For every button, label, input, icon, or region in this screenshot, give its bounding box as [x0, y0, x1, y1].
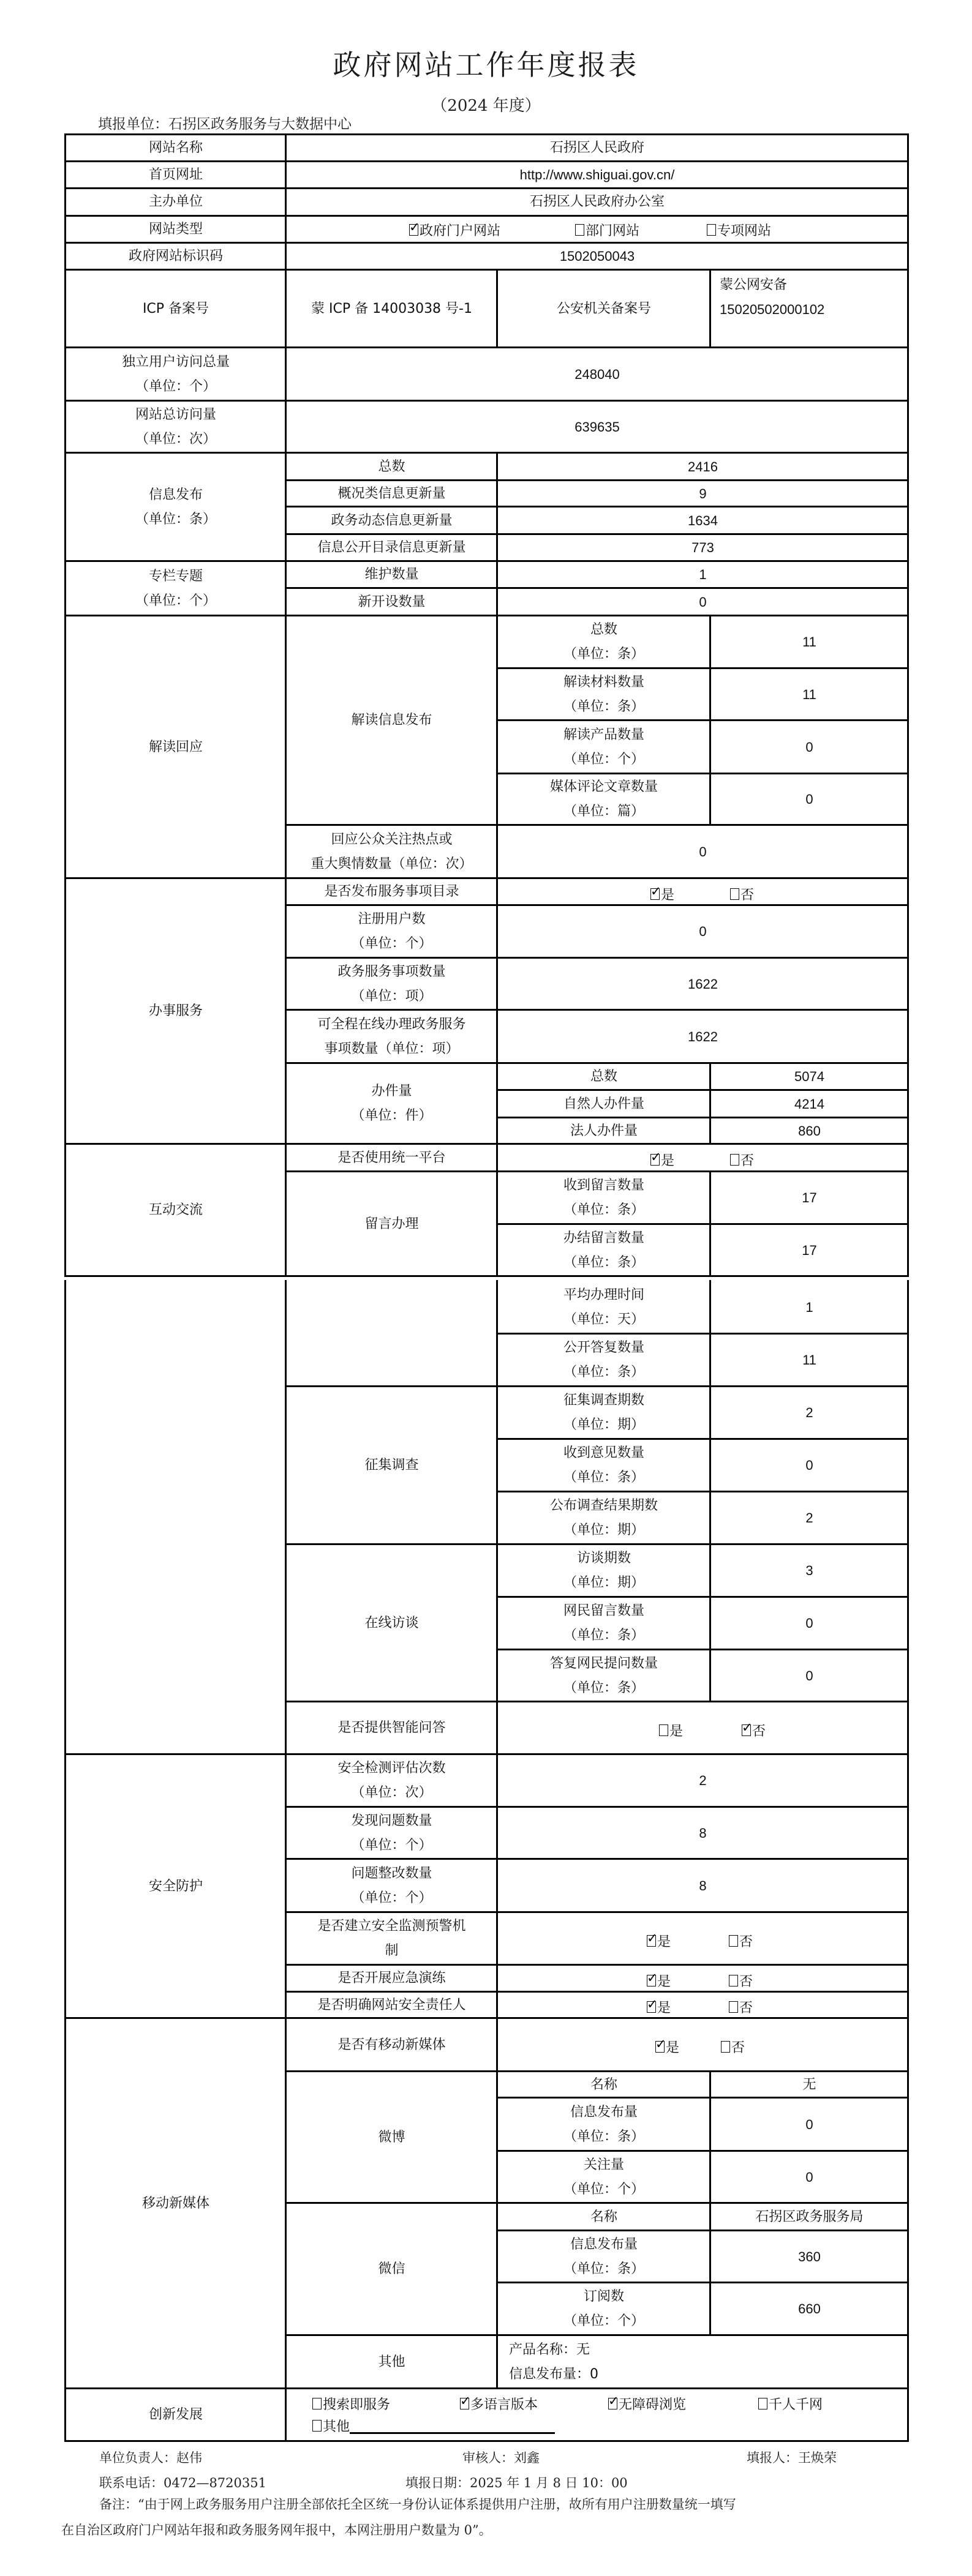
wechat-subscribers-value: 660	[711, 2283, 908, 2335]
checkbox-empty-icon	[730, 1154, 739, 1166]
checkbox-checked-icon	[647, 1975, 656, 1986]
emergency-drill-yes-checkbox[interactable]: 是	[647, 1971, 671, 1990]
site-type-department-checkbox[interactable]: 部门网站	[575, 220, 639, 239]
interview-messages-value: 0	[711, 1598, 908, 1649]
smart-qa-label: 是否提供智能问答	[287, 1702, 497, 1754]
innovation-other-checkbox[interactable]: 其他	[312, 2416, 555, 2435]
service-catalog-no-checkbox[interactable]: 否	[730, 885, 754, 904]
security-assess-value: 2	[498, 1755, 908, 1807]
checkbox-empty-icon	[707, 224, 716, 236]
service-catalog-label: 是否发布服务事项目录	[287, 879, 497, 905]
info-total-value: 2416	[498, 454, 908, 480]
monitoring-no-checkbox[interactable]: 否	[729, 1931, 753, 1950]
services-label: 办事服务	[66, 879, 285, 1144]
cases-label: 办件量（单位：件）	[287, 1064, 497, 1144]
interview-replies-value: 0	[711, 1650, 908, 1701]
hotspot-response-value: 0	[498, 826, 908, 878]
service-items-label: 政务服务事项数量（单位：项）	[287, 959, 497, 1009]
unique-visitors-value: 248040	[287, 348, 908, 400]
monitoring-yes-checkbox[interactable]: 是	[647, 1931, 671, 1950]
reporting-unit: 填报单位：石拐区政务服务与大数据中心	[98, 113, 352, 133]
wechat-subscribers-label: 订阅数（单位：个）	[498, 2283, 710, 2335]
checkbox-checked-icon	[742, 1724, 751, 1736]
avg-handling-time-label: 平均办理时间（单位：天）	[498, 1281, 710, 1333]
info-overview-label: 概况类信息更新量	[287, 481, 497, 506]
checkbox-checked-icon	[655, 2041, 665, 2053]
online-items-value: 1622	[498, 1011, 908, 1063]
monitoring-label: 是否建立安全监测预警机制	[287, 1913, 497, 1964]
messages-closed-label: 办结留言数量（单位：条）	[498, 1225, 710, 1276]
wechat-posts-value: 360	[711, 2231, 908, 2282]
issues-fixed-value: 8	[498, 1860, 908, 1912]
unified-platform-yes-checkbox[interactable]: 是	[650, 1150, 674, 1169]
interp-total-value: 11	[711, 616, 908, 668]
icp-value: 蒙 ICP 备 14003038 号-1	[287, 271, 497, 347]
police-record-label: 公安机关备案号	[498, 271, 710, 347]
info-news-value: 1634	[498, 507, 908, 534]
checkbox-empty-icon	[729, 1975, 738, 1986]
unit-leader: 单位负责人：赵伟	[99, 2448, 202, 2466]
innovation-search-checkbox[interactable]: 搜索即服务	[312, 2394, 390, 2413]
page-title: 政府网站工作年度报表	[0, 43, 972, 83]
survey-results-value: 2	[711, 1492, 908, 1544]
survey-opinions-value: 0	[711, 1440, 908, 1491]
columns-label: 专栏专题（单位：个）	[66, 562, 285, 615]
has-mobile-media-label: 是否有移动新媒体	[287, 2019, 497, 2071]
cases-legal-label: 法人办件量	[498, 1118, 710, 1144]
interp-media-value: 0	[711, 774, 908, 825]
innovation-other-input[interactable]	[350, 2417, 555, 2434]
fill-date: 填报日期：2025 年 1 月 8 日 10：00	[405, 2473, 628, 2492]
site-type-label: 网站类型	[66, 217, 285, 242]
checkbox-empty-icon	[659, 1724, 668, 1736]
security-owner-label: 是否明确网站安全责任人	[287, 1993, 497, 2018]
public-replies-value: 11	[711, 1335, 908, 1386]
service-catalog-yes-checkbox[interactable]: 是	[650, 885, 674, 904]
survey-opinions-label: 收到意见数量（单位：条）	[498, 1440, 710, 1491]
hotspot-response-label: 回应公众关注热点或重大舆情数量（单位：次）	[287, 826, 497, 878]
site-id-label: 政府网站标识码	[66, 244, 285, 269]
note-line-2: 在自治区政府门户网站年报和政务服务网年报中，本网注册用户数量为 0”。	[61, 2520, 492, 2539]
contact-phone: 联系电话：0472—8720351	[99, 2473, 266, 2492]
checkbox-checked-icon	[409, 224, 418, 236]
homepage-link[interactable]: http://www.shiguai.gov.cn/	[287, 162, 908, 188]
has-mobile-media-no-checkbox[interactable]: 否	[721, 2037, 745, 2056]
weibo-followers-label: 关注量（单位：个）	[498, 2152, 710, 2203]
innovation-accessibility-checkbox[interactable]: 无障碍浏览	[608, 2394, 686, 2413]
security-assess-label: 安全检测评估次数（单位：次）	[287, 1755, 497, 1807]
interpretation-publish-label: 解读信息发布	[287, 616, 497, 825]
site-type-special-checkbox[interactable]: 专项网站	[707, 220, 771, 239]
cases-natural-label: 自然人办件量	[498, 1091, 710, 1117]
interaction-label: 互动交流	[66, 1145, 285, 1276]
registered-users-label: 注册用户数（单位：个）	[287, 906, 497, 957]
mobile-media-label: 移动新媒体	[66, 2019, 285, 2388]
total-visits-label: 网站总访问量（单位：次）	[66, 402, 285, 452]
cases-total-label: 总数	[498, 1064, 710, 1090]
filler: 填报人：王焕荣	[747, 2448, 837, 2466]
checkbox-empty-icon	[729, 1935, 738, 1947]
security-owner-yes-checkbox[interactable]: 是	[647, 1998, 671, 2016]
info-disclosure-value: 773	[498, 535, 908, 561]
weibo-posts-label: 信息发布量（单位：条）	[498, 2099, 710, 2151]
checkbox-checked-icon	[650, 888, 660, 900]
emergency-drill-label: 是否开展应急演练	[287, 1966, 497, 1991]
online-interview-label: 在线访谈	[287, 1545, 497, 1701]
cases-natural-value: 4214	[711, 1091, 908, 1117]
has-mobile-media-options: 是 否	[655, 2019, 778, 2071]
unified-platform-no-checkbox[interactable]: 否	[730, 1150, 754, 1169]
smart-qa-no-checkbox[interactable]: 否	[742, 1721, 766, 1740]
checkbox-checked-icon	[460, 2398, 469, 2409]
interview-messages-label: 网民留言数量（单位：条）	[498, 1598, 710, 1649]
icp-label: ICP 备案号	[66, 271, 285, 347]
unified-platform-options: 是 否	[650, 1145, 773, 1171]
innovation-label: 创新发展	[66, 2389, 285, 2441]
info-publish-label: 信息发布（单位：条）	[66, 454, 285, 561]
public-replies-label: 公开答复数量（单位：条）	[498, 1335, 710, 1386]
checkbox-checked-icon	[647, 2001, 656, 2013]
emergency-drill-no-checkbox[interactable]: 否	[729, 1971, 753, 1990]
info-disclosure-label: 信息公开目录信息更新量	[287, 535, 497, 561]
interp-products-value: 0	[711, 721, 908, 773]
emergency-drill-options: 是 否	[647, 1966, 769, 1991]
checkbox-empty-icon	[730, 888, 739, 900]
note-line-1: 备注：“由于网上政务服务用户注册全部依托全区统一身份认证体系提供用户注册，故所有…	[99, 2495, 736, 2513]
has-mobile-media-yes-checkbox[interactable]: 是	[655, 2037, 679, 2056]
checkbox-empty-icon	[721, 2041, 730, 2053]
security-owner-no-checkbox[interactable]: 否	[729, 1998, 753, 2016]
interview-replies-label: 答复网民提问数量（单位：条）	[498, 1650, 710, 1701]
survey-results-label: 公布调查结果期数（单位：期）	[498, 1492, 710, 1544]
security-owner-options: 是 否	[647, 1993, 769, 2018]
interp-products-label: 解读产品数量（单位：个）	[498, 721, 710, 773]
police-record-value: 蒙公网安备15020502000102	[711, 273, 908, 322]
issues-fixed-label: 问题整改数量（单位：个）	[287, 1860, 497, 1912]
messages-closed-value: 17	[711, 1225, 908, 1276]
sponsor-value: 石拐区人民政府办公室	[287, 189, 908, 215]
issues-found-label: 发现问题数量（单位：个）	[287, 1808, 497, 1859]
site-name-label: 网站名称	[66, 135, 285, 161]
wechat-posts-label: 信息发布量（单位：条）	[498, 2231, 710, 2282]
columns-maintained-value: 1	[498, 562, 908, 588]
homepage-label: 首页网址	[66, 162, 285, 188]
checkbox-checked-icon	[650, 1154, 660, 1166]
smart-qa-yes-checkbox[interactable]: 是	[659, 1721, 683, 1740]
columns-new-value: 0	[498, 589, 908, 615]
weibo-name-value: 无	[711, 2072, 908, 2097]
info-news-label: 政务动态信息更新量	[287, 507, 497, 534]
columns-new-label: 新开设数量	[287, 589, 497, 615]
cases-total-value: 5074	[711, 1064, 908, 1090]
checkbox-empty-icon	[575, 224, 584, 236]
wechat-name-value: 石拐区政务服务局	[711, 2204, 908, 2230]
checkbox-empty-icon	[729, 2001, 738, 2013]
checkbox-empty-icon	[758, 2398, 767, 2409]
service-items-value: 1622	[498, 959, 908, 1009]
innovation-personalized-checkbox[interactable]: 千人千网	[758, 2394, 823, 2413]
info-overview-value: 9	[498, 481, 908, 506]
columns-maintained-label: 维护数量	[287, 562, 497, 588]
online-items-label: 可全程在线办理政务服务事项数量（单位：项）	[287, 1011, 497, 1063]
service-catalog-options: 是 否	[650, 879, 773, 905]
innovation-multilingual-checkbox[interactable]: 多语言版本	[460, 2394, 538, 2413]
total-visits-value: 639635	[287, 402, 908, 452]
checkbox-checked-icon	[647, 1935, 656, 1947]
cases-legal-value: 860	[711, 1118, 908, 1144]
interp-materials-value: 11	[711, 669, 908, 720]
interp-materials-label: 解读材料数量（单位：条）	[498, 669, 710, 720]
innovation-options: 搜索即服务 多语言版本 无障碍浏览 千人千网 其他	[287, 2389, 908, 2441]
weibo-name-label: 名称	[498, 2072, 710, 2097]
interview-periods-value: 3	[711, 1545, 908, 1597]
survey-label: 征集调查	[287, 1387, 497, 1544]
interpretation-label: 解读回应	[66, 616, 285, 878]
interview-periods-label: 访谈期数（单位：期）	[498, 1545, 710, 1597]
sponsor-label: 主办单位	[66, 189, 285, 215]
messages-received-label: 收到留言数量（单位：条）	[498, 1172, 710, 1224]
survey-periods-label: 征集调查期数（单位：期）	[498, 1387, 710, 1439]
interp-total-label: 总数（单位：条）	[498, 616, 710, 668]
weibo-followers-value: 0	[711, 2152, 908, 2203]
info-total-label: 总数	[287, 454, 497, 480]
checkbox-checked-icon	[608, 2398, 617, 2409]
smart-qa-options: 是 否	[659, 1702, 782, 1754]
wechat-label: 微信	[287, 2204, 497, 2335]
checkbox-empty-icon	[312, 2398, 322, 2409]
unique-visitors-label: 独立用户访问总量（单位：个）	[66, 348, 285, 400]
avg-handling-time-value: 1	[711, 1281, 908, 1333]
unified-platform-label: 是否使用统一平台	[287, 1145, 497, 1171]
weibo-posts-value: 0	[711, 2099, 908, 2151]
messages-received-value: 17	[711, 1172, 908, 1224]
registered-users-value: 0	[498, 906, 908, 957]
reviewer: 审核人：刘鑫	[462, 2448, 540, 2466]
site-type-portal-checkbox[interactable]: 政府门户网站	[409, 220, 500, 239]
issues-found-value: 8	[498, 1808, 908, 1859]
site-name-value: 石拐区人民政府	[287, 135, 908, 161]
survey-periods-value: 2	[711, 1387, 908, 1439]
wechat-name-label: 名称	[498, 2204, 710, 2230]
site-id-value: 1502050043	[287, 244, 908, 269]
interp-media-label: 媒体评论文章数量（单位：篇）	[498, 774, 710, 825]
other-media-value: 产品名称：无信息发布量：0	[498, 2336, 908, 2388]
monitoring-options: 是 否	[647, 1913, 769, 1964]
other-media-label: 其他	[287, 2336, 497, 2388]
weibo-label: 微博	[287, 2072, 497, 2203]
message-handling-label: 留言办理	[287, 1172, 497, 1276]
security-label: 安全防护	[66, 1755, 285, 2018]
checkbox-empty-icon	[312, 2420, 322, 2432]
